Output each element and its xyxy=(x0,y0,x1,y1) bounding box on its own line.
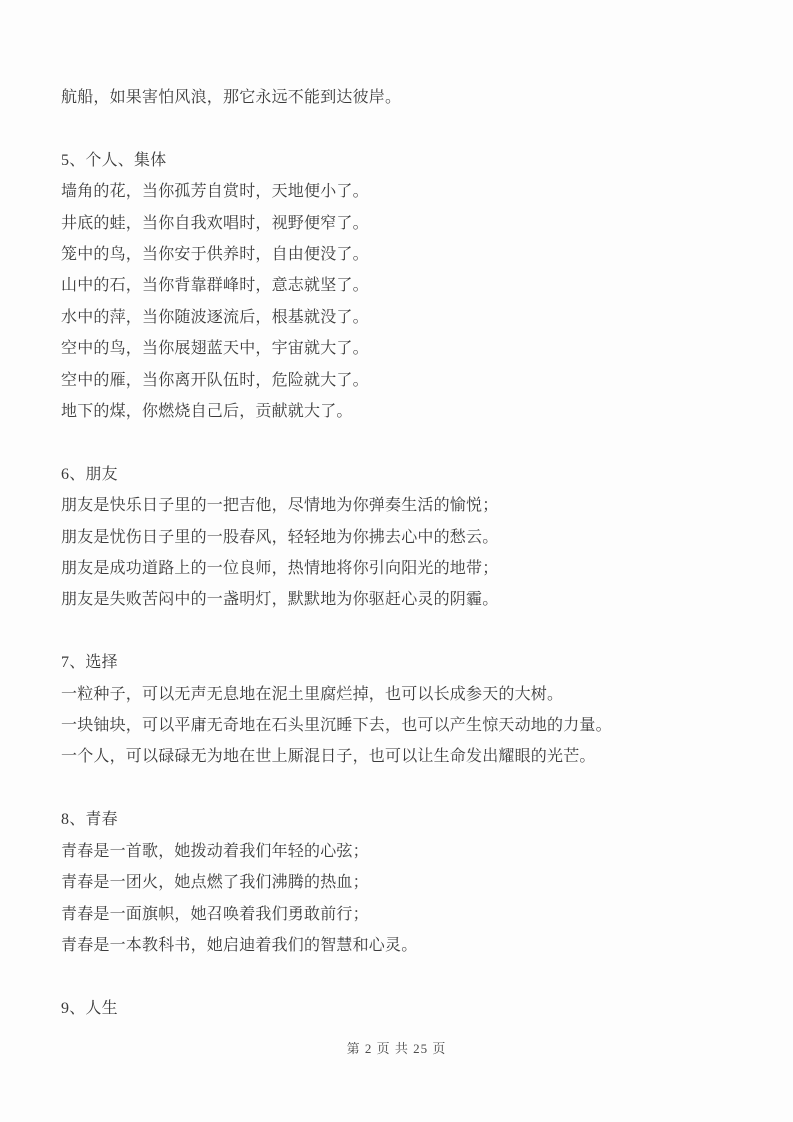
text-line: 笼中的鸟，当你安于供养时，自由便没了。 xyxy=(61,239,735,270)
section-choice: 7、选择 一粒种子，可以无声无息地在泥土里腐烂掉，也可以长成参天的大树。 一块铀… xyxy=(61,647,735,773)
text-line: 水中的萍，当你随波逐流后，根基就没了。 xyxy=(61,302,735,333)
text-line: 墙角的花，当你孤芳自赏时，天地便小了。 xyxy=(61,176,735,207)
text-line: 朋友是失败苦闷中的一盏明灯，默默地为你驱赶心灵的阴霾。 xyxy=(61,584,735,615)
text-line: 地下的煤，你燃烧自己后，贡献就大了。 xyxy=(61,396,735,427)
page-footer: 第 2 页 共 25 页 xyxy=(0,1040,793,1058)
page-number-text: 第 2 页 共 25 页 xyxy=(347,1041,447,1056)
intro-line: 航船，如果害怕风浪，那它永远不能到达彼岸。 xyxy=(61,82,735,113)
text-line: 青春是一本教科书，她启迪着我们的智慧和心灵。 xyxy=(61,930,735,961)
section-life: 9、人生 xyxy=(61,993,735,1024)
text-line: 山中的石，当你背靠群峰时，意志就坚了。 xyxy=(61,270,735,301)
text-line: 朋友是快乐日子里的一把吉他，尽情地为你弹奏生活的愉悦； xyxy=(61,490,735,521)
document-content: 航船，如果害怕风浪，那它永远不能到达彼岸。 5、个人、集体 墙角的花，当你孤芳自… xyxy=(61,82,735,1024)
text-line: 空中的鸟，当你展翅蓝天中，宇宙就大了。 xyxy=(61,333,735,364)
text-line: 青春是一团火，她点燃了我们沸腾的热血； xyxy=(61,867,735,898)
section-friends: 6、朋友 朋友是快乐日子里的一把吉他，尽情地为你弹奏生活的愉悦； 朋友是忧伤日子… xyxy=(61,459,735,616)
text-line: 空中的雁，当你离开队伍时，危险就大了。 xyxy=(61,365,735,396)
text-line: 井底的蛙，当你自我欢唱时，视野便窄了。 xyxy=(61,208,735,239)
text-line: 一个人，可以碌碌无为地在世上厮混日子，也可以让生命发出耀眼的光芒。 xyxy=(61,741,735,772)
document-page: 航船，如果害怕风浪，那它永远不能到达彼岸。 5、个人、集体 墙角的花，当你孤芳自… xyxy=(0,0,793,1122)
section-heading: 8、青春 xyxy=(61,804,735,835)
section-youth: 8、青春 青春是一首歌，她拨动着我们年轻的心弦； 青春是一团火，她点燃了我们沸腾… xyxy=(61,804,735,961)
text-line: 一块铀块，可以平庸无奇地在石头里沉睡下去，也可以产生惊天动地的力量。 xyxy=(61,710,735,741)
section-heading: 7、选择 xyxy=(61,647,735,678)
text-line: 朋友是成功道路上的一位良师，热情地将你引向阳光的地带； xyxy=(61,553,735,584)
section-heading: 9、人生 xyxy=(61,993,735,1024)
section-heading: 6、朋友 xyxy=(61,459,735,490)
section-personal-collective: 5、个人、集体 墙角的花，当你孤芳自赏时，天地便小了。 井底的蛙，当你自我欢唱时… xyxy=(61,145,735,428)
section-heading: 5、个人、集体 xyxy=(61,145,735,176)
text-line: 青春是一首歌，她拨动着我们年轻的心弦； xyxy=(61,836,735,867)
text-line: 朋友是忧伤日子里的一股春风，轻轻地为你拂去心中的愁云。 xyxy=(61,522,735,553)
text-line: 一粒种子，可以无声无息地在泥土里腐烂掉，也可以长成参天的大树。 xyxy=(61,679,735,710)
text-line: 青春是一面旗帜，她召唤着我们勇敢前行； xyxy=(61,899,735,930)
